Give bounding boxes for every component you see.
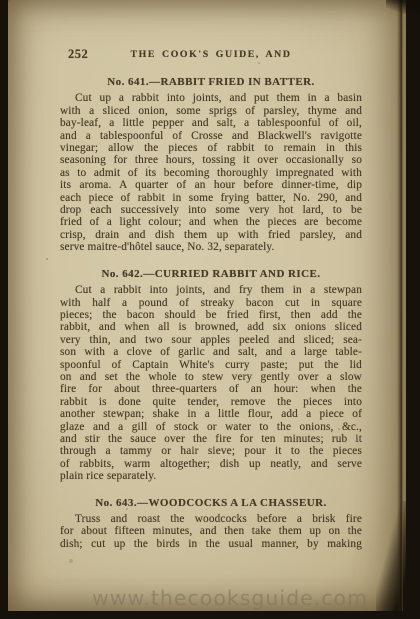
- text-line: rabbit, and when all is browned, add six…: [60, 321, 362, 333]
- text-line: as to admit of its becoming thoroughly i…: [60, 167, 362, 179]
- text-line: seasoning for three hours, tossing it ov…: [60, 154, 362, 166]
- text-line: glaze and a gill of stock or water to th…: [60, 421, 362, 433]
- text-line: crisp, drain and dish them up with fried…: [60, 229, 362, 241]
- recipe-sections: No. 641.—RABBIT FRIED IN BATTER.Cut up a…: [60, 76, 362, 550]
- page-corner-shadow: [376, 501, 406, 611]
- watermark-text: www.thecooksguide.com: [8, 586, 406, 610]
- text-line: and stir the sauce over the fire for ten…: [60, 433, 362, 445]
- recipe-heading: No. 641.—RABBIT FRIED IN BATTER.: [60, 76, 362, 88]
- page-content: 252 THE COOK'S GUIDE, AND No. 641.—RABBI…: [60, 48, 362, 550]
- text-line: son with a clove of garlic and salt, and…: [60, 346, 362, 358]
- text-line: of rabbits, warm altogether; dish up nea…: [60, 458, 362, 470]
- book-page: 252 THE COOK'S GUIDE, AND No. 641.—RABBI…: [8, 0, 406, 611]
- text-line: Cut up a rabbit into joints, and put the…: [60, 92, 362, 104]
- running-head: THE COOK'S GUIDE, AND: [60, 49, 362, 61]
- masthead: 252 THE COOK'S GUIDE, AND: [60, 48, 362, 62]
- text-line: Truss and roast the woodcocks before a b…: [60, 513, 362, 525]
- text-line: very thin, and two sour apples peeled an…: [60, 334, 362, 346]
- text-line: dish; cut up the birds in the usual mann…: [60, 538, 362, 550]
- text-line: fire for about three-quarters of an hour…: [60, 383, 362, 395]
- text-line: drop each successively into some very ho…: [60, 204, 362, 216]
- paper-specks: [8, 0, 10, 2]
- recipe-heading: No. 643.—WOODCOCKS A LA CHASSEUR.: [60, 497, 362, 509]
- recipe-paragraph: Cut up a rabbit into joints, and put the…: [60, 92, 362, 253]
- recipe-paragraph: Cut a rabbit into joints, and fry them i…: [60, 284, 362, 483]
- text-line: through a tammy or hair sieve; pour it t…: [60, 445, 362, 457]
- text-line: and a tablespoonful of Crosse and Blackw…: [60, 130, 362, 142]
- text-line: fried of a light colour; and when the pi…: [60, 216, 362, 228]
- recipe-paragraph: Truss and roast the woodcocks before a b…: [60, 513, 362, 550]
- text-line: spoonful of Captain White's curry paste;…: [60, 359, 362, 371]
- text-line: another stewpan; shake in a little flour…: [60, 408, 362, 420]
- text-line: vinegar; allow the pieces of rabbit to r…: [60, 142, 362, 154]
- text-line: with half a pound of streaky bacon cut i…: [60, 297, 362, 309]
- text-line: pieces; the bacon should be fried first,…: [60, 309, 362, 321]
- recipe-heading: No. 642.—CURRIED RABBIT AND RICE.: [60, 268, 362, 280]
- text-line: each piece of rabbit in some frying batt…: [60, 192, 362, 204]
- text-line: serve maitre-d'hôtel sauce, No. 32, sepa…: [60, 241, 362, 253]
- text-line: on and set the whole to stew very gently…: [60, 371, 362, 383]
- text-line: for about fifteen minutes, and then take…: [60, 525, 362, 537]
- text-line: plain rice separately.: [60, 470, 362, 482]
- text-line: its aroma. A quarter of an hour before d…: [60, 179, 362, 191]
- text-line: with a sliced onion, some sprigs of pars…: [60, 105, 362, 117]
- text-line: Cut a rabbit into joints, and fry them i…: [60, 284, 362, 296]
- text-line: bay-leaf, a little pepper and salt, a ta…: [60, 117, 362, 129]
- text-line: rabbit is done quite tender, remove the …: [60, 396, 362, 408]
